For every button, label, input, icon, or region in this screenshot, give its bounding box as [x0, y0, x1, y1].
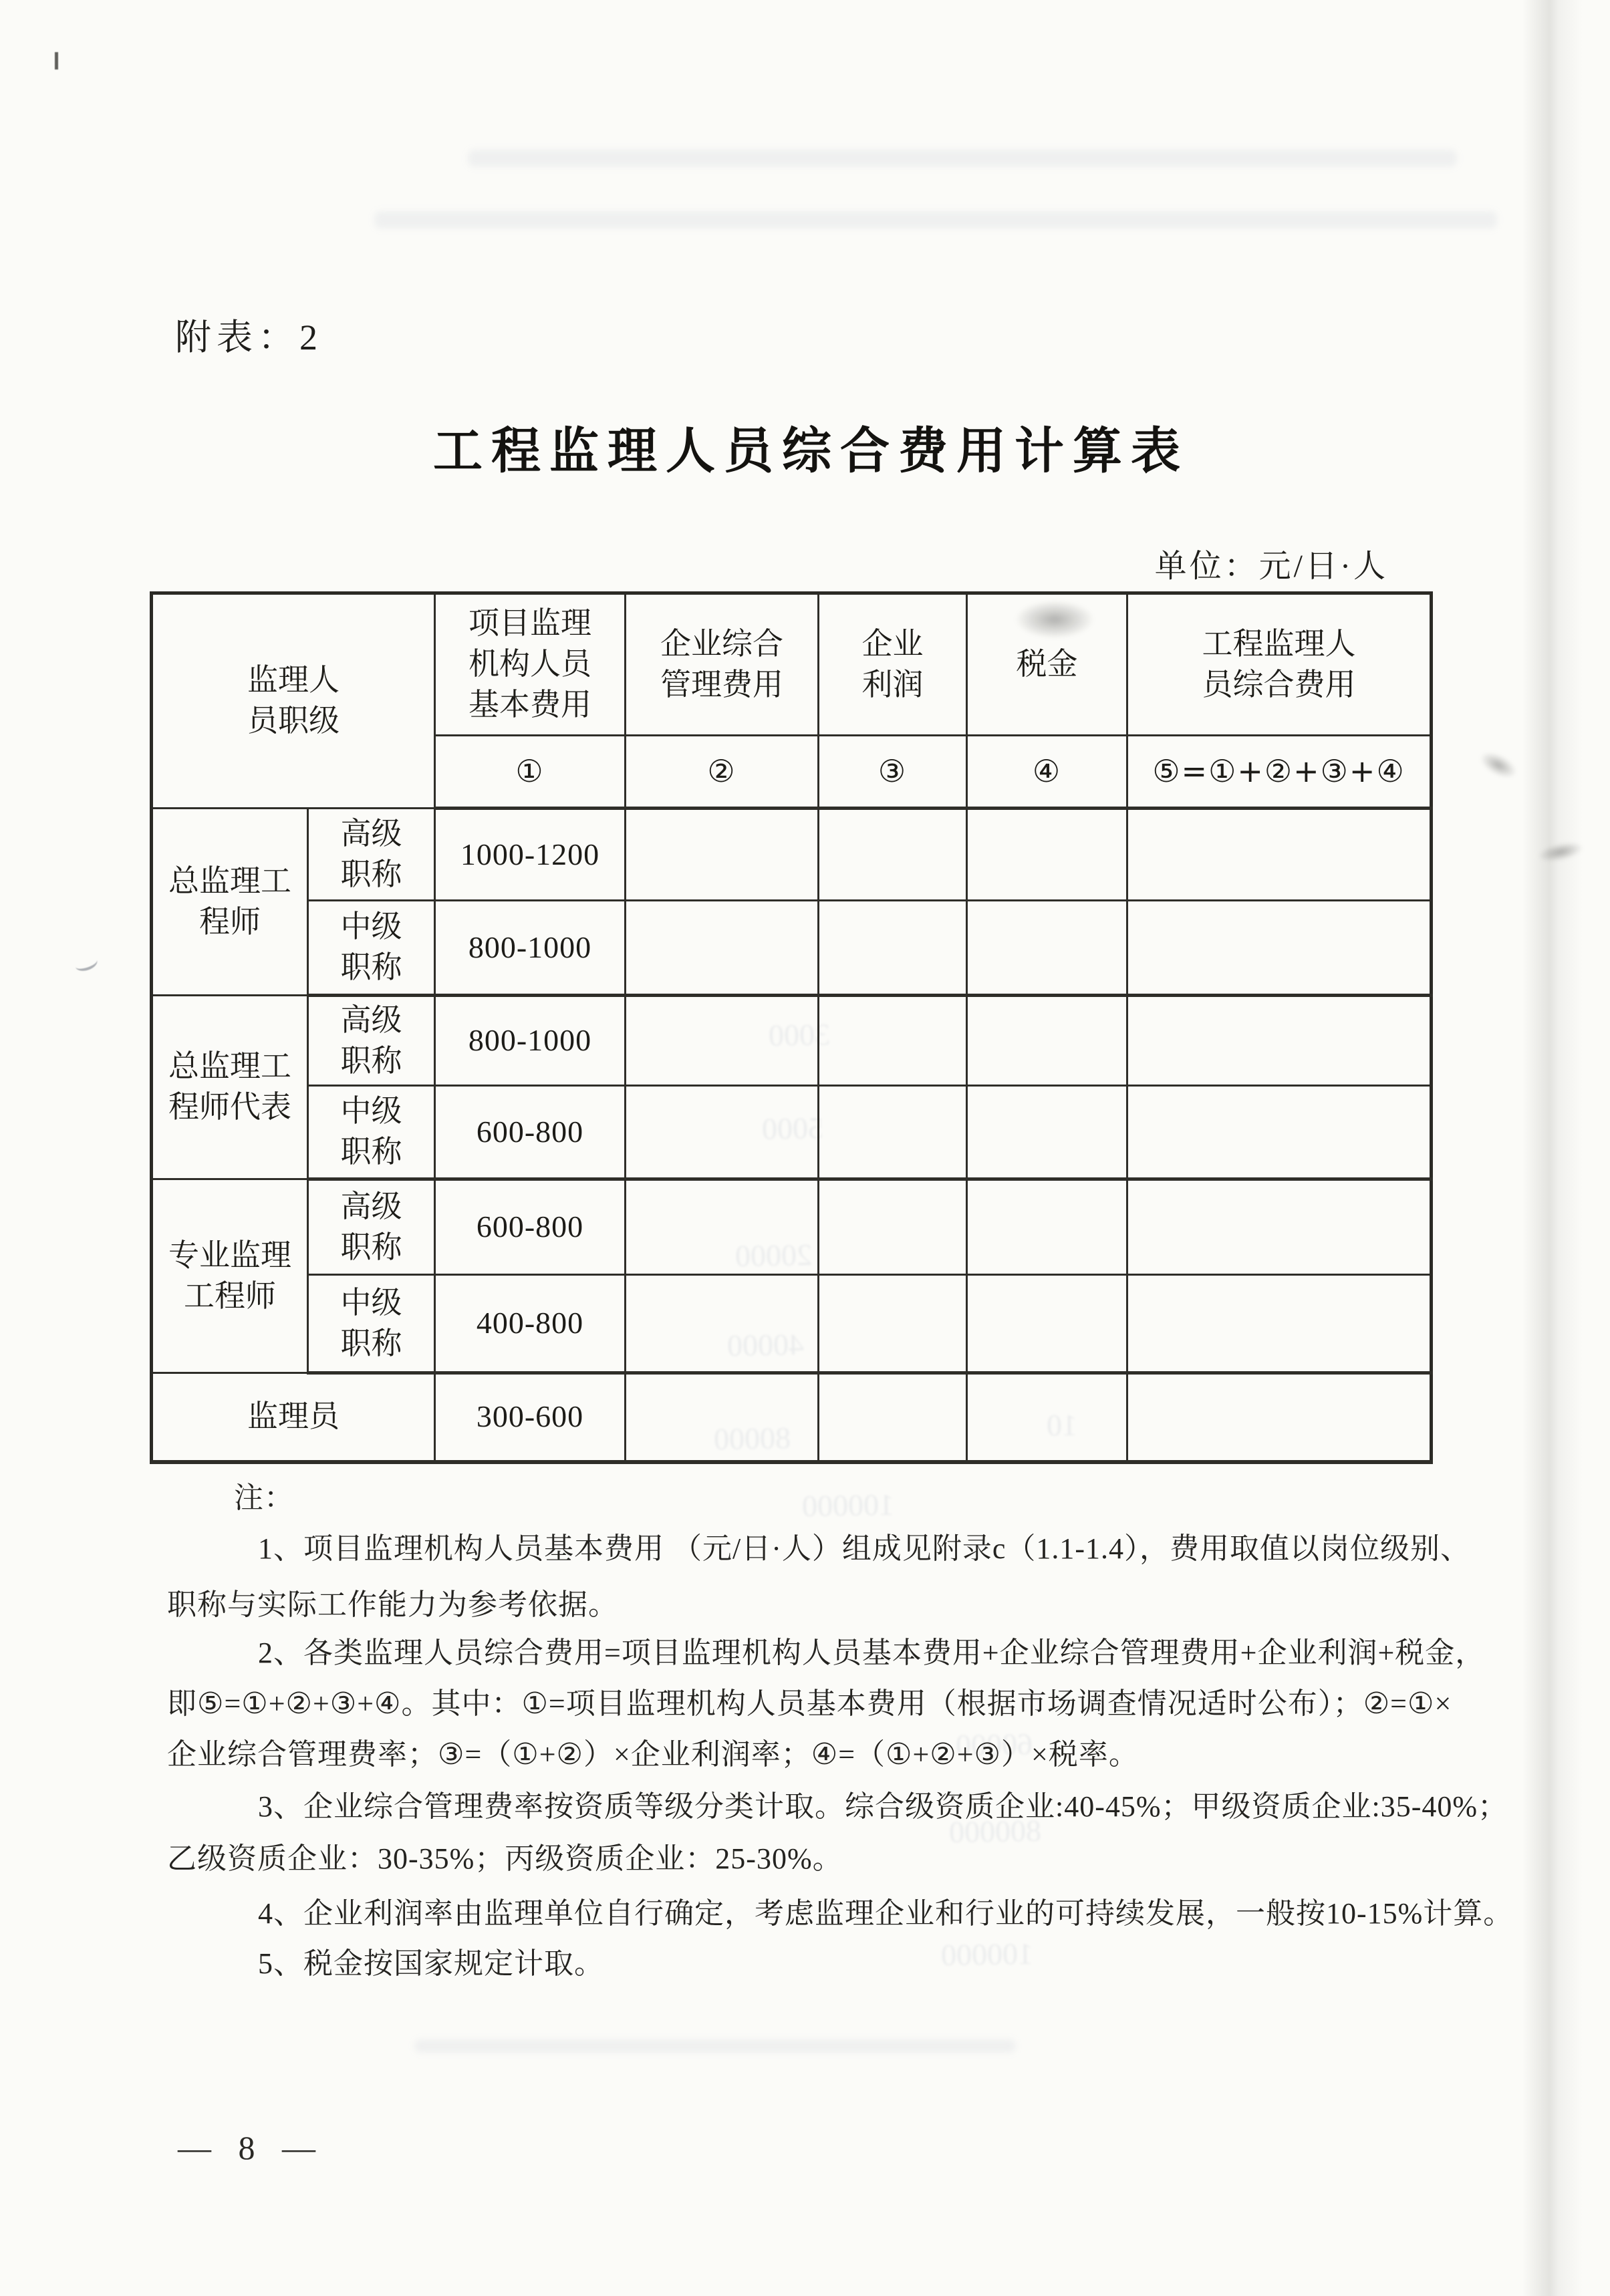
code-5-formula: ⑤=①+②+③+④	[1127, 736, 1432, 809]
base-fee-cell: 300-600	[435, 1373, 626, 1462]
table-row: 中级 职称 400-800	[152, 1275, 1432, 1373]
ink-smudge	[1476, 747, 1520, 784]
table-row: 中级 职称 600-800	[152, 1086, 1432, 1179]
empty-cell	[967, 996, 1127, 1086]
base-fee-cell: 1000-1200	[435, 809, 626, 901]
header-row-titles: 监理人 员职级 项目监理 机构人员 基本费用 企业综合 管理费用 企业 利润 税…	[152, 593, 1432, 736]
table-row: 专业监理 工程师 高级 职称 600-800	[152, 1179, 1432, 1275]
bleedthrough-text: 100000	[941, 1936, 1034, 1973]
attachment-label: 附表：2	[175, 309, 323, 360]
table-row: 总监理工 程师 高级 职称 1000-1200	[152, 809, 1432, 901]
note-line-3: 2、各类监理人员综合费用=项目监理机构人员基本费用+企业综合管理费用+企业利润+…	[258, 1628, 1485, 1671]
rank-cell: 中级 职称	[308, 901, 435, 996]
empty-cell	[626, 901, 819, 996]
empty-cell	[819, 1086, 967, 1179]
header-profit: 企业 利润	[819, 593, 967, 736]
rank-cell: 高级 职称	[308, 809, 435, 901]
empty-cell	[1127, 996, 1432, 1086]
rank-cell: 中级 职称	[308, 1086, 435, 1179]
base-fee-cell: 800-1000	[435, 901, 626, 996]
empty-cell	[819, 1179, 967, 1275]
group-chief-engineer: 总监理工 程师	[152, 809, 308, 996]
base-fee-cell: 400-800	[435, 1275, 626, 1373]
group-chief-engineer-representative: 总监理工 程师代表	[152, 996, 308, 1179]
empty-cell	[967, 809, 1127, 901]
scan-speck	[55, 52, 58, 69]
empty-cell	[1127, 1373, 1432, 1462]
empty-cell	[1127, 1086, 1432, 1179]
empty-cell	[819, 996, 967, 1086]
code-1: ①	[435, 736, 626, 809]
bleedthrough-streak	[414, 2039, 1016, 2053]
header-tax: 税金	[967, 593, 1127, 736]
note-line-6: 3、企业综合管理费率按资质等级分类计取。综合级资质企业:40-45%；甲级资质企…	[258, 1782, 1508, 1825]
note-line-5: 企业综合管理费率；③=（①+②）×企业利润率；④=（①+②+③）×税率。	[167, 1730, 1139, 1773]
code-3: ③	[819, 736, 967, 809]
note-line-7: 乙级资质企业：30-35%；丙级资质企业：25-30%。	[167, 1834, 843, 1877]
note-line-2: 职称与实际工作能力为参考依据。	[167, 1580, 618, 1623]
table-row: 中级 职称 800-1000	[152, 901, 1432, 996]
header-management-fee: 企业综合 管理费用	[626, 593, 819, 736]
empty-cell	[819, 901, 967, 996]
code-4: ④	[967, 736, 1127, 809]
ink-smudge	[1536, 839, 1585, 865]
empty-cell	[967, 1179, 1127, 1275]
empty-cell	[626, 1086, 819, 1179]
page-number: — 8 —	[178, 2128, 325, 2167]
empty-cell	[626, 1179, 819, 1275]
empty-cell	[967, 1086, 1127, 1179]
notes-label: 注：	[234, 1473, 294, 1516]
base-fee-cell: 800-1000	[435, 996, 626, 1086]
bleedthrough-streak	[374, 211, 1497, 229]
empty-cell	[967, 901, 1127, 996]
rank-cell: 中级 职称	[308, 1275, 435, 1373]
header-rank: 监理人 员职级	[152, 593, 435, 809]
pencil-mark	[74, 954, 100, 974]
empty-cell	[819, 809, 967, 901]
header-base-fee: 项目监理 机构人员 基本费用	[435, 593, 626, 736]
unit-label: 单位：元/日·人	[1155, 540, 1388, 586]
base-fee-cell: 600-800	[435, 1179, 626, 1275]
page-fold-shadow	[1522, 0, 1583, 2296]
page-title: 工程监理人员综合费用计算表	[433, 412, 1189, 482]
note-line-8: 4、企业利润率由监理单位自行确定，考虑监理企业和行业的可持续发展，一般按10-1…	[258, 1889, 1513, 1932]
empty-cell	[626, 996, 819, 1086]
rank-cell: 高级 职称	[308, 996, 435, 1086]
bleedthrough-streak	[468, 150, 1457, 167]
header-total-fee: 工程监理人 员综合费用	[1127, 593, 1432, 736]
empty-cell	[1127, 1275, 1432, 1373]
empty-cell	[626, 809, 819, 901]
rank-cell: 高级 职称	[308, 1179, 435, 1275]
table-row: 监理员 300-600	[152, 1373, 1432, 1462]
note-line-4: 即⑤=①+②+③+④。其中：①=项目监理机构人员基本费用（根据市场调查情况适时公…	[167, 1679, 1452, 1722]
empty-cell	[819, 1373, 967, 1462]
base-fee-cell: 600-800	[435, 1086, 626, 1179]
note-line-1: 1、项目监理机构人员基本费用 （元/日·人）组成见附录c（1.1-1.4），费用…	[258, 1524, 1470, 1567]
fee-table: 监理人 员职级 项目监理 机构人员 基本费用 企业综合 管理费用 企业 利润 税…	[150, 591, 1433, 1464]
bleedthrough-text: 100000	[802, 1487, 895, 1524]
empty-cell	[626, 1275, 819, 1373]
empty-cell	[819, 1275, 967, 1373]
code-2: ②	[626, 736, 819, 809]
empty-cell	[626, 1373, 819, 1462]
empty-cell	[967, 1275, 1127, 1373]
empty-cell	[1127, 901, 1432, 996]
note-line-9: 5、税金按国家规定计取。	[258, 1939, 604, 1982]
empty-cell	[1127, 809, 1432, 901]
empty-cell	[1127, 1179, 1432, 1275]
scanned-document-page: 3000 5000 20000 40000 80000 10 100000 60…	[0, 0, 1610, 2296]
group-professional-engineer: 专业监理 工程师	[152, 1179, 308, 1373]
group-supervisor: 监理员	[152, 1373, 435, 1462]
table-row: 总监理工 程师代表 高级 职称 800-1000	[152, 996, 1432, 1086]
empty-cell	[967, 1373, 1127, 1462]
